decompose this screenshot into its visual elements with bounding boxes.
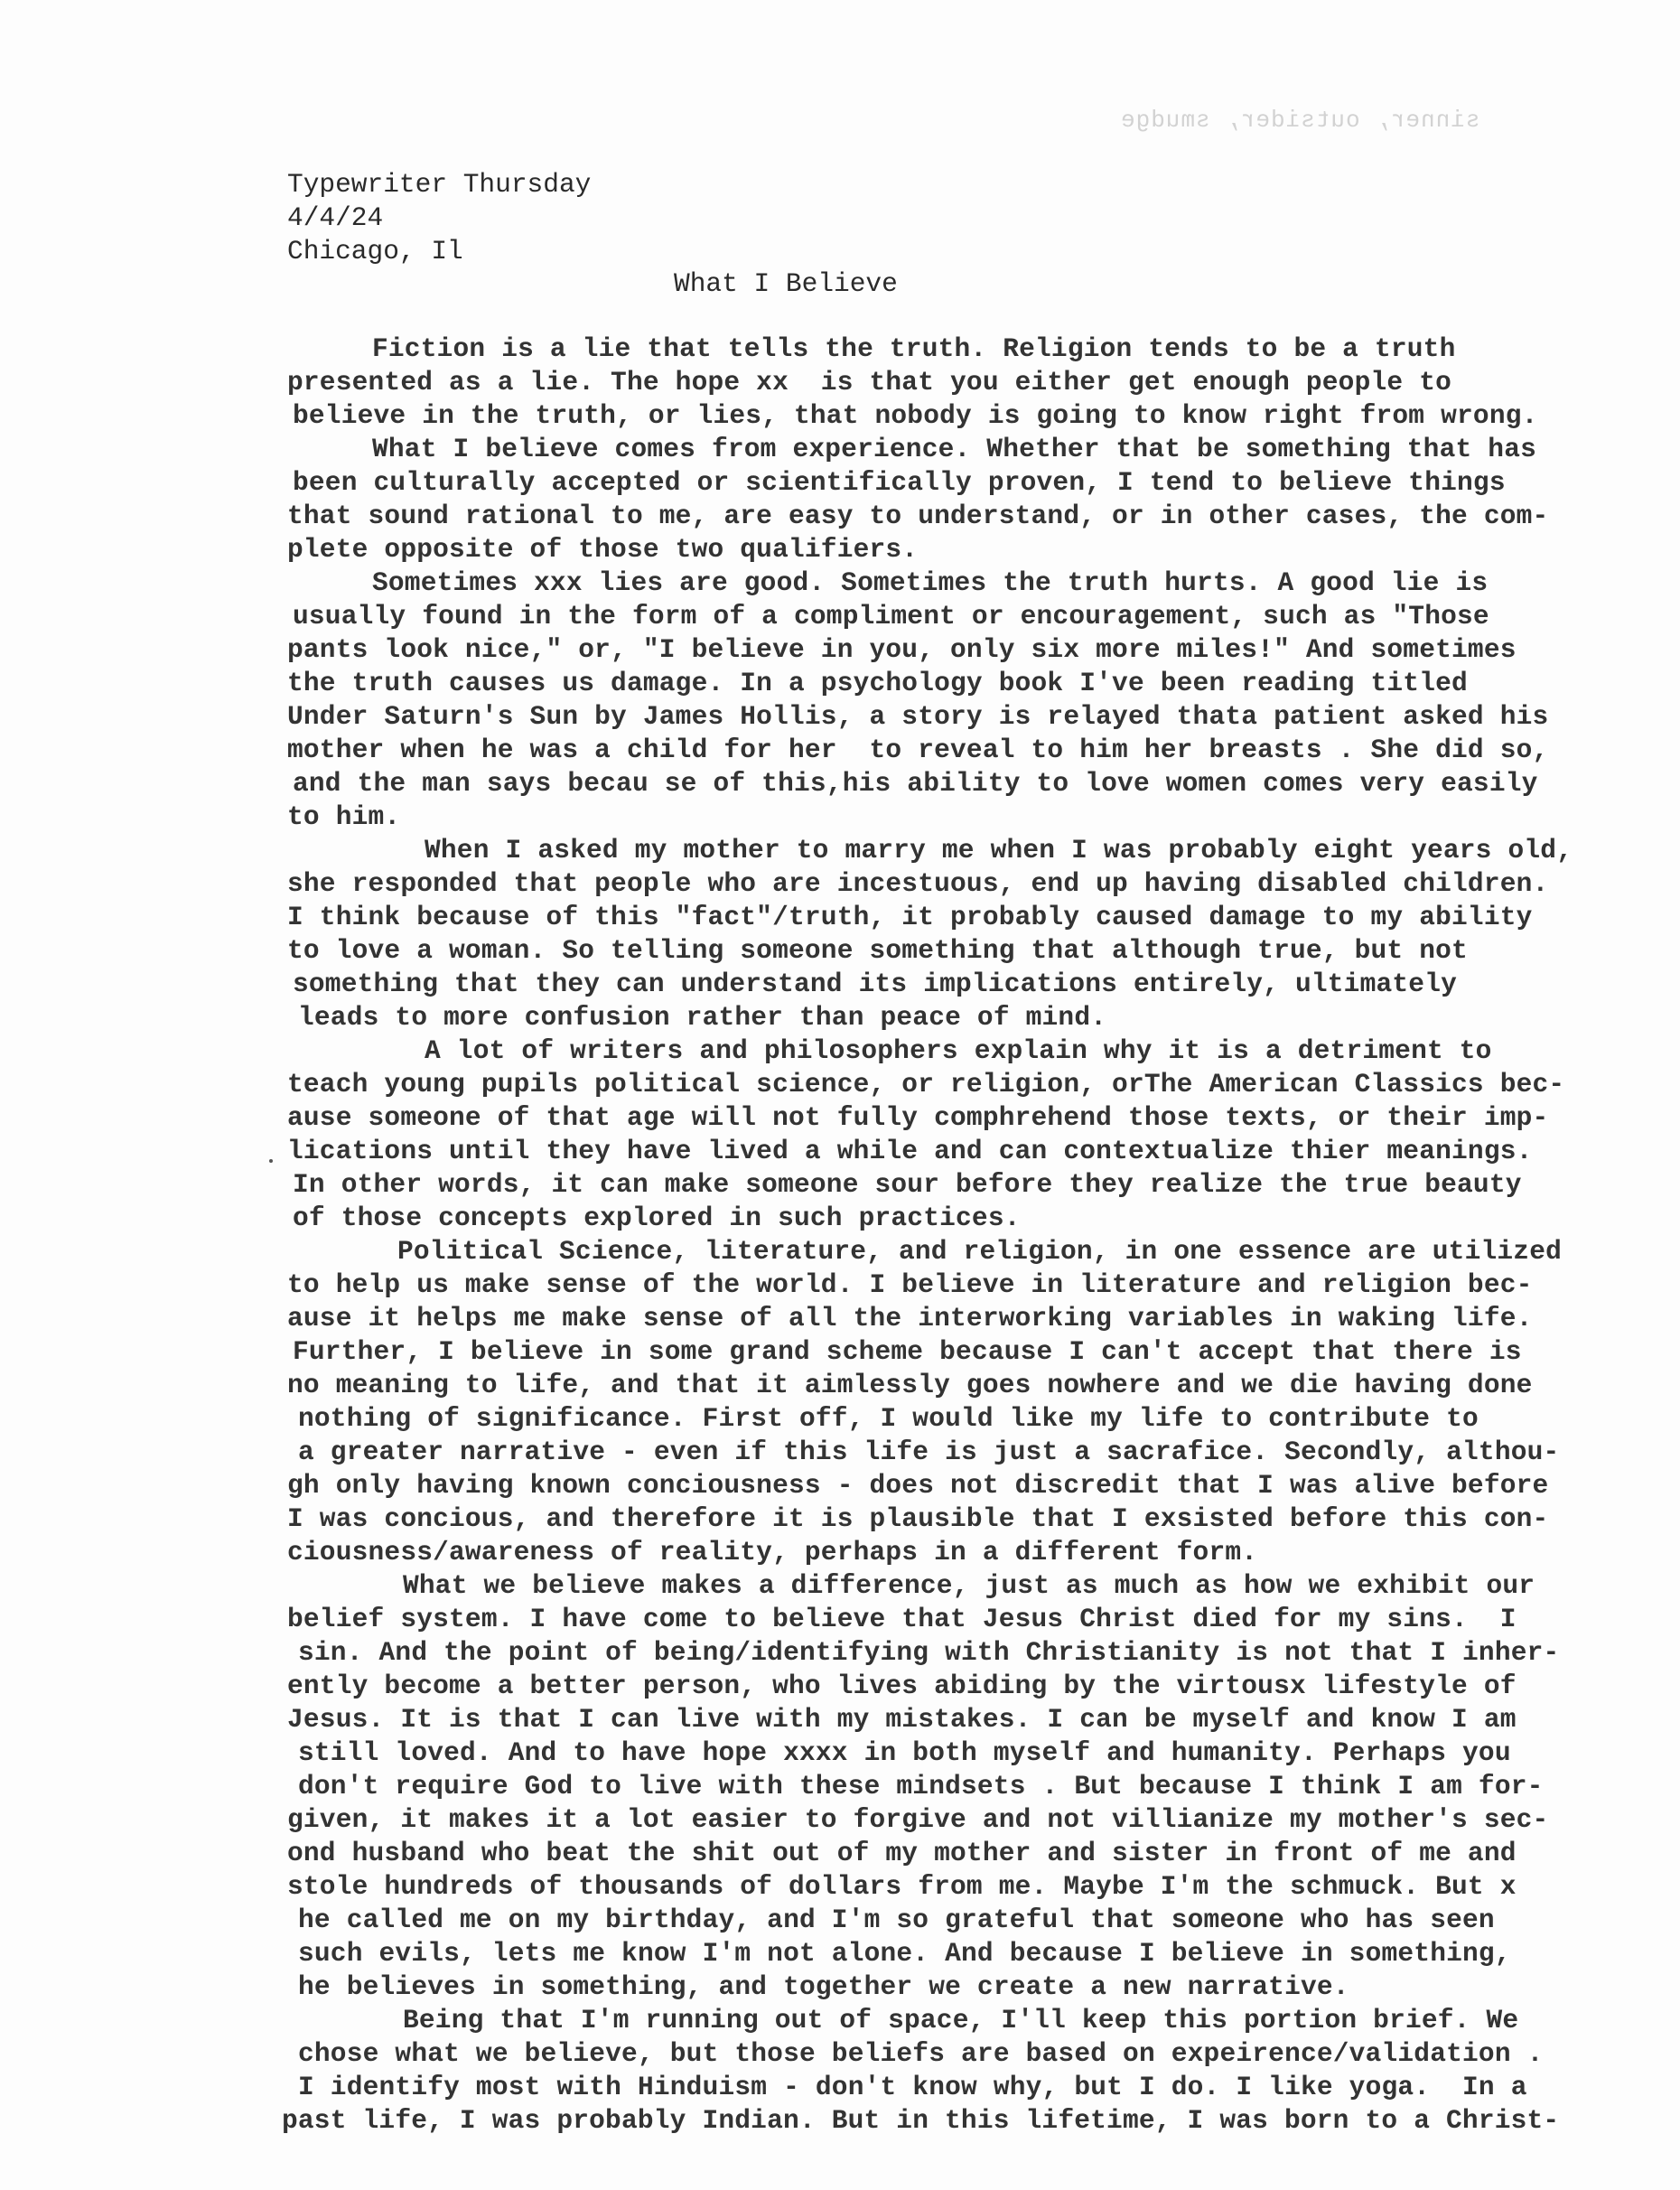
essay-line: What we believe makes a difference, just… xyxy=(403,1570,1535,1601)
essay-line: Being that I'm running out of space, I'l… xyxy=(403,2005,1518,2036)
header-location: Chicago, Il xyxy=(287,235,591,268)
essay-line: don't require God to live with these min… xyxy=(298,1771,1544,1802)
bleed-through-text: sinner, outsider, smudge xyxy=(1120,107,1479,134)
essay-line: such evils, lets me know I'm not alone. … xyxy=(298,1938,1511,1969)
essay-line: nothing of significance. First off, I wo… xyxy=(298,1403,1479,1434)
essay-line: Political Science, literature, and relig… xyxy=(397,1236,1562,1267)
essay-line: that sound rational to me, are easy to u… xyxy=(287,501,1548,531)
essay-title: What I Believe xyxy=(674,268,898,299)
essay-line: something that they can understand its i… xyxy=(293,969,1457,999)
essay-line: ciousness/awareness of reality, perhaps … xyxy=(287,1537,1257,1568)
essay-line: ause it helps me make sense of all the i… xyxy=(287,1303,1533,1334)
essay-line: gh only having known conciousness - does… xyxy=(287,1470,1548,1501)
essay-line: What I believe comes from experience. Wh… xyxy=(372,434,1536,464)
essay-line: he called me on my birthday, and I'm so … xyxy=(298,1905,1495,1935)
essay-line: of those concepts explored in such pract… xyxy=(293,1203,1021,1233)
essay-line: been culturally accepted or scientifical… xyxy=(293,467,1506,498)
essay-line: believe in the truth, or lies, that nobo… xyxy=(293,400,1538,431)
essay-line: Fiction is a lie that tells the truth. R… xyxy=(372,333,1456,364)
ink-speck xyxy=(269,1159,273,1163)
essay-line: given, it makes it a lot easier to forgi… xyxy=(287,1804,1548,1835)
essay-line: I think because of this "fact"/truth, it… xyxy=(287,902,1533,932)
essay-line: still loved. And to have hope xxxx in bo… xyxy=(298,1737,1511,1768)
essay-line: to help us make sense of the world. I be… xyxy=(287,1269,1533,1300)
essay-line: Sometimes xxx lies are good. Sometimes t… xyxy=(372,567,1488,598)
essay-line: teach young pupils political science, or… xyxy=(287,1069,1564,1100)
essay-line: ause someone of that age will not fully … xyxy=(287,1102,1548,1133)
essay-line: to him. xyxy=(287,801,400,832)
essay-line: ond husband who beat the shit out of my … xyxy=(287,1838,1517,1868)
essay-line: plete opposite of those two qualifiers. xyxy=(287,534,918,565)
document-header: Typewriter Thursday 4/4/24 Chicago, Il xyxy=(287,168,591,268)
essay-line: mother when he was a child for her to re… xyxy=(287,735,1548,765)
essay-line: I was concious, and therefore it is plau… xyxy=(287,1503,1548,1534)
essay-line: Further, I believe in some grand scheme … xyxy=(293,1336,1522,1367)
essay-line: past life, I was probably Indian. But in… xyxy=(282,2105,1559,2136)
essay-line: leads to more confusion rather than peac… xyxy=(298,1002,1106,1033)
essay-line: In other words, it can make someone sour… xyxy=(293,1169,1522,1200)
header-date: 4/4/24 xyxy=(287,201,591,235)
essay-line: stole hundreds of thousands of dollars f… xyxy=(287,1871,1517,1902)
essay-line: belief system. I have come to believe th… xyxy=(287,1604,1517,1634)
typed-page: sinner, outsider, smudge Typewriter Thur… xyxy=(0,0,1680,2190)
essay-line: Jesus. It is that I can live with my mis… xyxy=(287,1704,1517,1735)
essay-line: presented as a lie. The hope xx is that … xyxy=(287,367,1451,398)
essay-line: sin. And the point of being/identifying … xyxy=(298,1637,1559,1668)
essay-line: A lot of writers and philosophers explai… xyxy=(425,1035,1492,1066)
essay-line: lications until they have lived a while … xyxy=(287,1136,1533,1166)
essay-line: no meaning to life, and that it aimlessl… xyxy=(287,1370,1533,1400)
essay-line: and the man says becau se of this,his ab… xyxy=(293,768,1538,799)
essay-line: chose what we believe, but those beliefs… xyxy=(298,2038,1544,2069)
header-heading: Typewriter Thursday xyxy=(287,168,591,201)
essay-line: Under Saturn's Sun by James Hollis, a st… xyxy=(287,701,1548,732)
essay-line: the truth causes us damage. In a psychol… xyxy=(287,668,1468,698)
essay-line: to love a woman. So telling someone some… xyxy=(287,935,1468,966)
essay-line: pants look nice," or, "I believe in you,… xyxy=(287,634,1517,665)
essay-line: usually found in the form of a complimen… xyxy=(293,601,1489,632)
essay-line: ently become a better person, who lives … xyxy=(287,1671,1517,1701)
essay-line: I identify most with Hinduism - don't kn… xyxy=(298,2072,1527,2102)
essay-line: a greater narrative - even if this life … xyxy=(298,1437,1559,1467)
essay-line: When I asked my mother to marry me when … xyxy=(425,835,1573,866)
essay-line: she responded that people who are incest… xyxy=(287,868,1548,899)
essay-line: he believes in something, and together w… xyxy=(298,1971,1349,2002)
